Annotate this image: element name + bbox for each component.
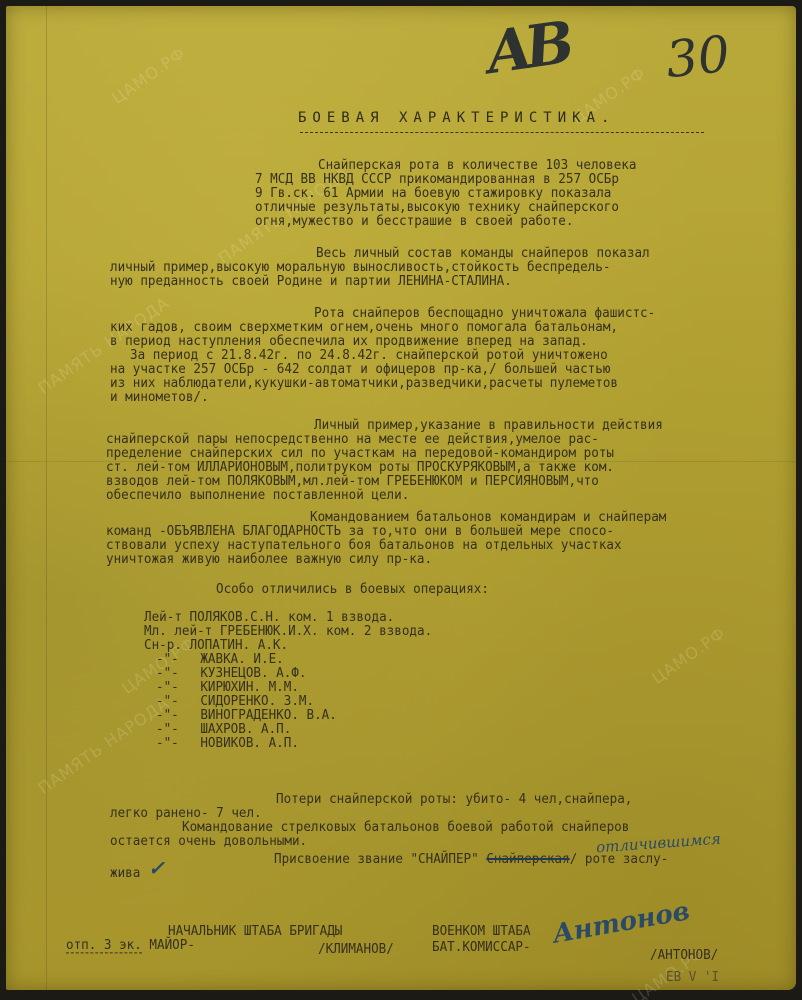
chief-of-staff-name: /КЛИМАНОВ/ [318,942,394,957]
body-line: ную преданность своей Родине и партии ЛЕ… [110,274,512,289]
body-line: огня,мужество и бесстрашие в своей работ… [255,214,573,229]
losses-line: Потери снайперской роты: убито- 4 чел,сн… [276,792,632,807]
award-line: Присвоение звание "СНАЙПЕР" Снайперская/… [274,852,668,867]
watermark: ЦАМО.РФ [648,623,729,687]
body-line: и минометов/. [110,390,209,405]
handwritten-mark: АВ [482,9,571,88]
section-heading: Особо отличились в боевых операциях: [216,582,489,597]
title-underline [300,132,704,133]
award-continuation: жива [110,866,140,881]
document-title: БОЕВАЯ ХАРАКТЕРИСТИКА. [298,110,615,126]
commissar-title: ВОЕНКОМ ШТАБА [432,924,531,939]
document-page: ЦАМО.РФ ПАМЯТЬ НАРОДА ПАМЯТЬ НАРОДА ЦАМО… [6,6,796,990]
commissar-rank: БАТ.КОМИССАР- [432,940,531,955]
copies-note: отп. 3 эк. МАЙОР- [66,938,195,954]
watermark: ЦАМО.РФ [108,43,189,107]
ditto-mark: -"- [156,735,179,751]
handwritten-page-number: 30 [663,25,732,89]
commissar-signature: Антонов [550,896,691,950]
award-text: Присвоение звание "СНАЙПЕР" [274,851,479,867]
watermark: ПАМЯТЬ НАРОДА [35,693,173,798]
paper-fold [46,6,47,990]
archive-code: ЕВ V 'I [666,970,719,985]
struck-text: Снайперская [486,851,569,867]
body-line: обеспечило выполнение поставленной цели. [106,488,409,503]
commissar-name: /АНТОНОВ/ [650,948,718,963]
award-suffix: / роте заслу- [570,851,669,867]
body-line: уничтожая живую наиболее важную силу пр-… [106,552,432,567]
list-item: -"- НОВИКОВ. А.П. [156,736,299,751]
remark-line: остается очень довольными. [110,834,307,849]
person-name: НОВИКОВ. А.П. [200,735,299,751]
handwritten-scribble: ✓ [148,856,165,880]
position-note: ком. 2 взвода. [326,623,432,639]
